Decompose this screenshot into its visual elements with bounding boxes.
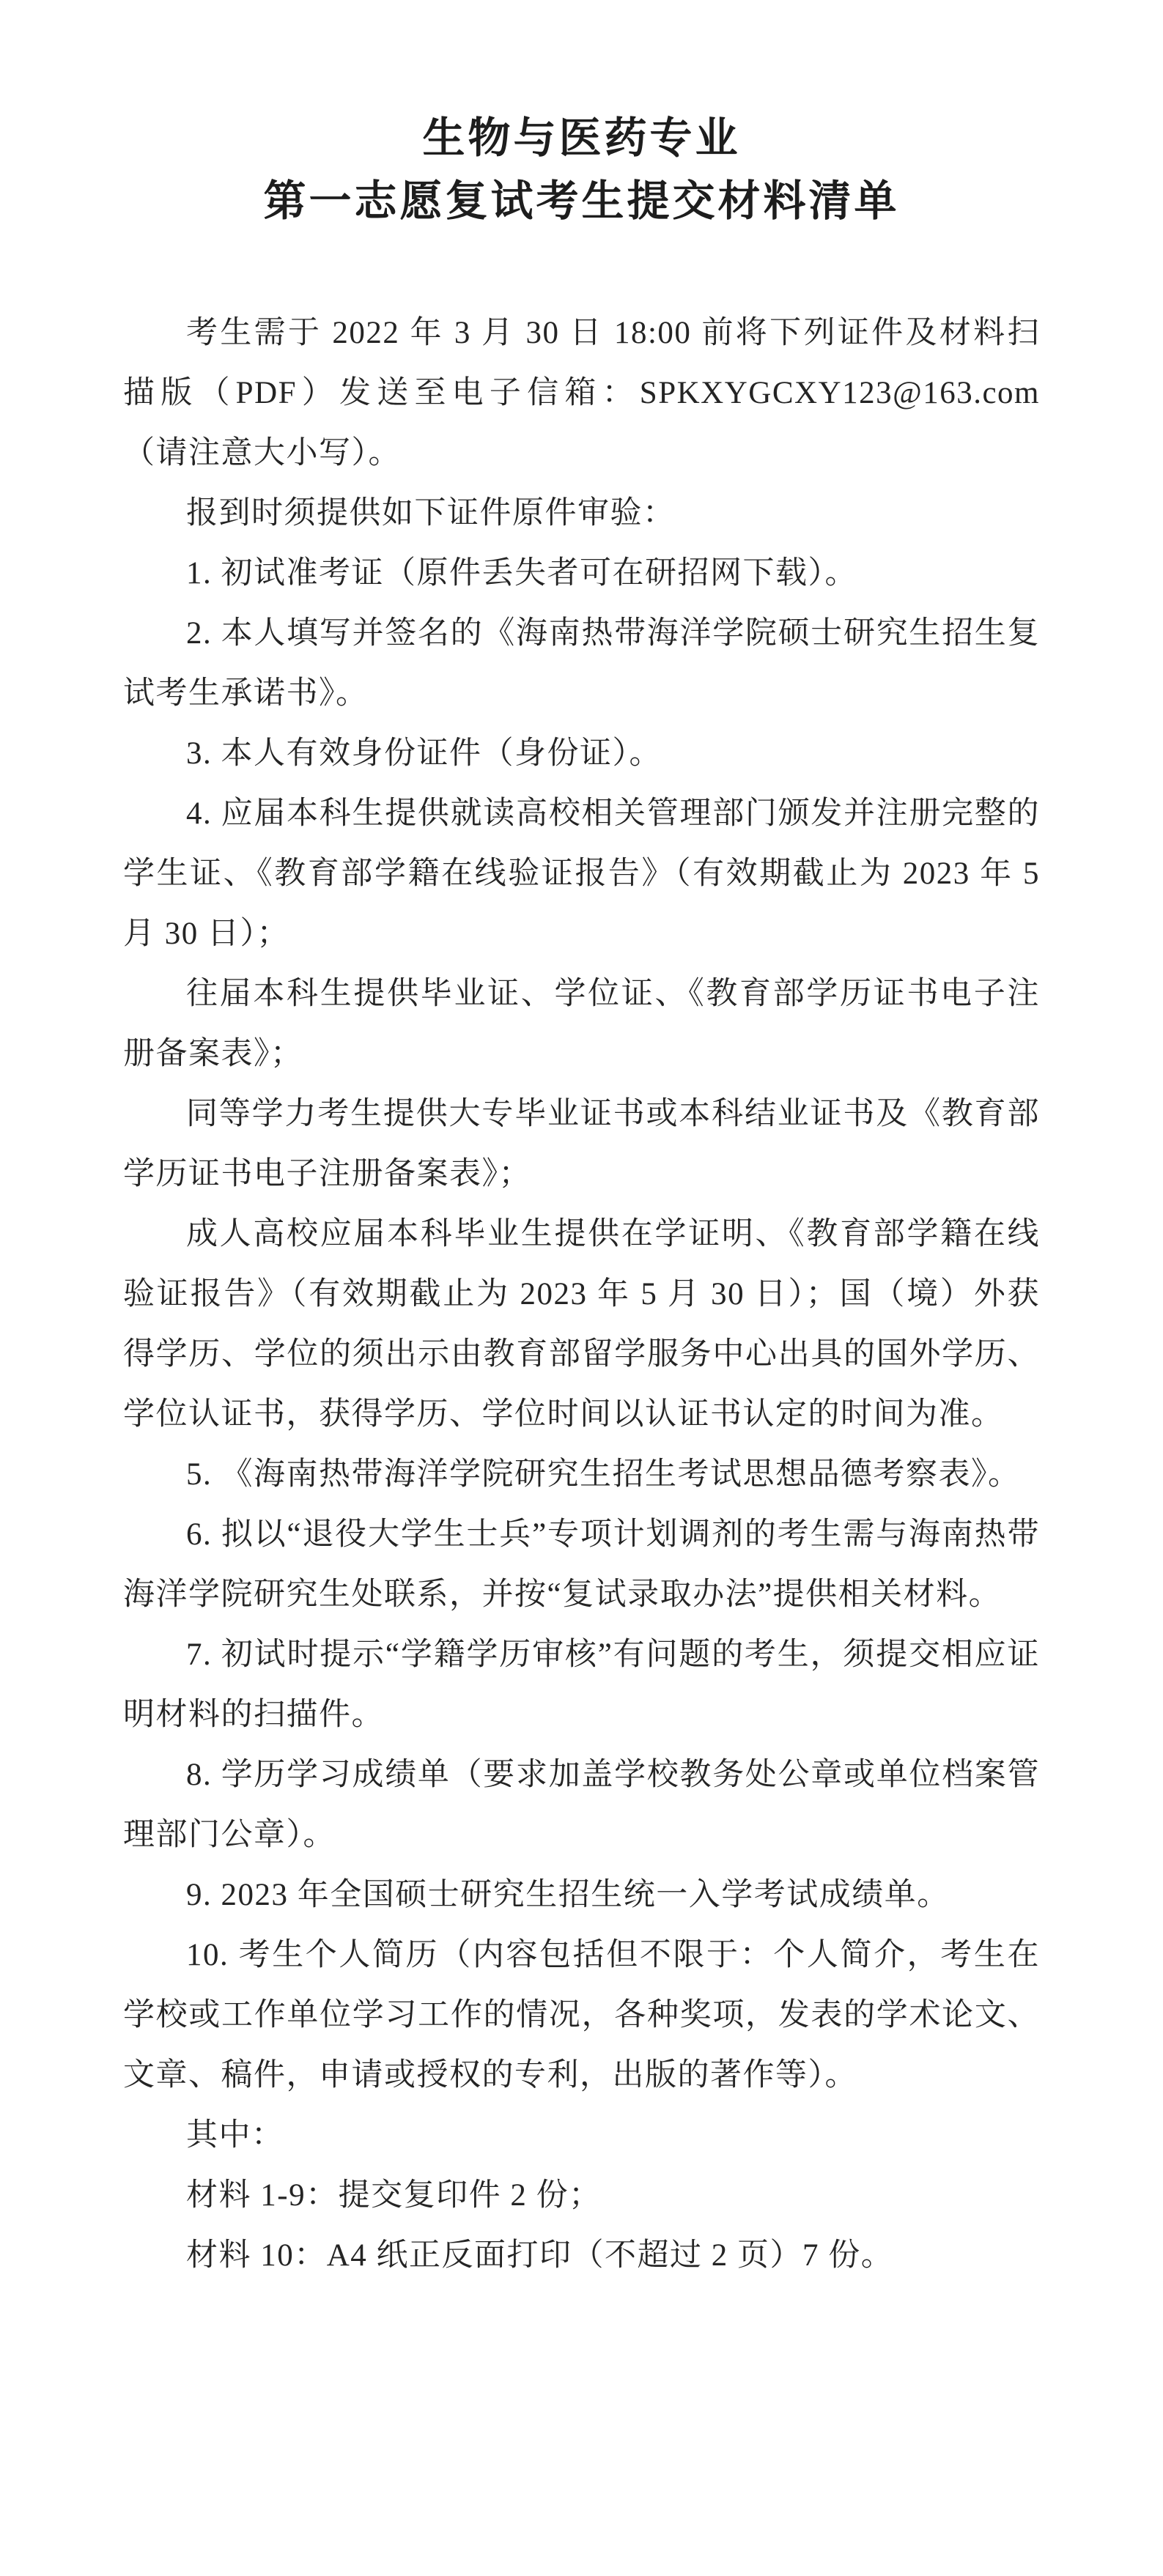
para-among-which: 其中： — [123, 2106, 1040, 2166]
list-item-9-exam-score-sheet: 9. 2023 年全国硕士研究生招生统一入学考试成绩单。 — [123, 1865, 1040, 1925]
list-item-5-moral-assessment-form: 5. 《海南热带海洋学院研究生招生考试思想品德考察表》。 — [123, 1445, 1040, 1505]
document-title-line-2: 第一志愿复试考生提交材料清单 — [123, 170, 1040, 233]
list-item-4-current-students: 4. 应届本科生提供就读高校相关管理部门颁发并注册完整的学生证、《教育部学籍在线… — [123, 784, 1040, 964]
para-submission-instructions: 考生需于 2022 年 3 月 30 日 18:00 前将下列证件及材料扫描版（… — [123, 303, 1040, 484]
document-title-line-1: 生物与医药专业 — [123, 107, 1040, 170]
list-item-8-transcript: 8. 学历学习成绩单（要求加盖学校教务处公章或单位档案管理部门公章）。 — [123, 1745, 1040, 1865]
list-item-10-personal-resume: 10. 考生个人简历（内容包括但不限于：个人简介，考生在学校或工作单位学习工作的… — [123, 1925, 1040, 2106]
document-title: 生物与医药专业 第一志愿复试考生提交材料清单 — [123, 107, 1040, 233]
para-item4-adult-college-and-overseas: 成人高校应届本科毕业生提供在学证明、《教育部学籍在线验证报告》（有效期截止为 2… — [123, 1204, 1040, 1445]
list-item-3-id-card: 3. 本人有效身份证件（身份证）。 — [123, 724, 1040, 784]
para-item4-equivalent-ability: 同等学力考生提供大专毕业证书或本科结业证书及《教育部学历证书电子注册备案表》； — [123, 1084, 1040, 1204]
list-item-7-record-verification-issue: 7. 初试时提示“学籍学历审核”有问题的考生，须提交相应证明材料的扫描件。 — [123, 1625, 1040, 1745]
para-materials-1-9-copies: 材料 1-9：提交复印件 2 份； — [123, 2166, 1040, 2226]
para-material-10-print-spec: 材料 10：A4 纸正反面打印（不超过 2 页）7 份。 — [123, 2226, 1040, 2286]
list-item-2-commitment-letter: 2. 本人填写并签名的《海南热带海洋学院硕士研究生招生复试考生承诺书》。 — [123, 604, 1040, 724]
para-onsite-verification-note: 报到时须提供如下证件原件审验： — [123, 484, 1040, 544]
list-item-1-admission-ticket: 1. 初试准考证（原件丢失者可在研招网下载）。 — [123, 544, 1040, 604]
document-body: 考生需于 2022 年 3 月 30 日 18:00 前将下列证件及材料扫描版（… — [123, 303, 1040, 2286]
list-item-6-veteran-special-plan: 6. 拟以“退役大学生士兵”专项计划调剂的考生需与海南热带海洋学院研究生处联系，… — [123, 1505, 1040, 1625]
document-page: 生物与医药专业 第一志愿复试考生提交材料清单 考生需于 2022 年 3 月 3… — [0, 0, 1163, 2576]
para-item4-previous-graduates: 往届本科生提供毕业证、学位证、《教育部学历证书电子注册备案表》； — [123, 964, 1040, 1084]
